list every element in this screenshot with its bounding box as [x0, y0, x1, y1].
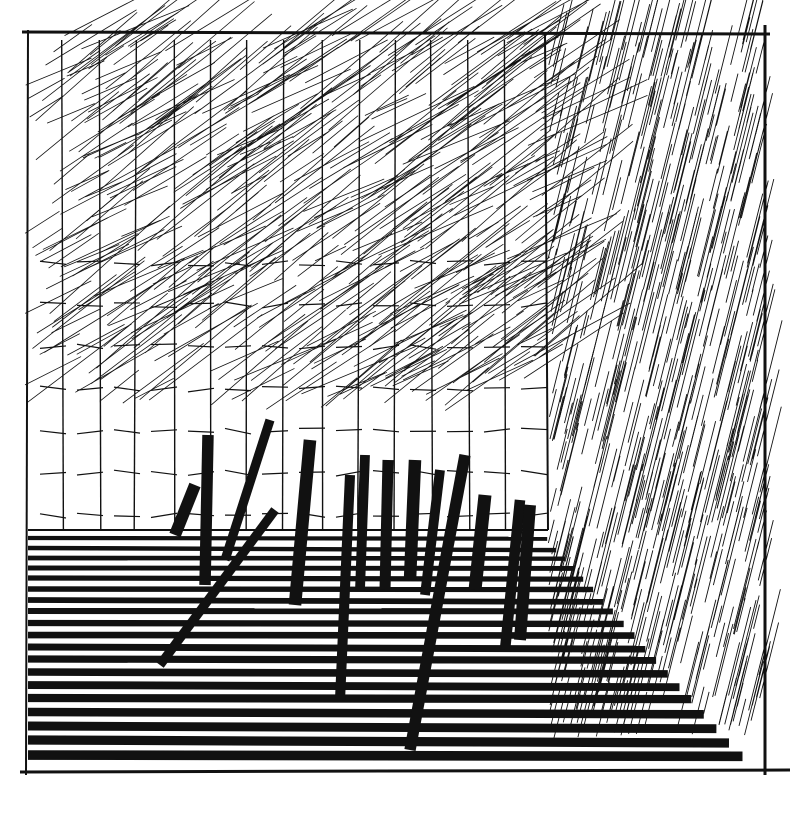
ink-drawing	[0, 0, 800, 832]
